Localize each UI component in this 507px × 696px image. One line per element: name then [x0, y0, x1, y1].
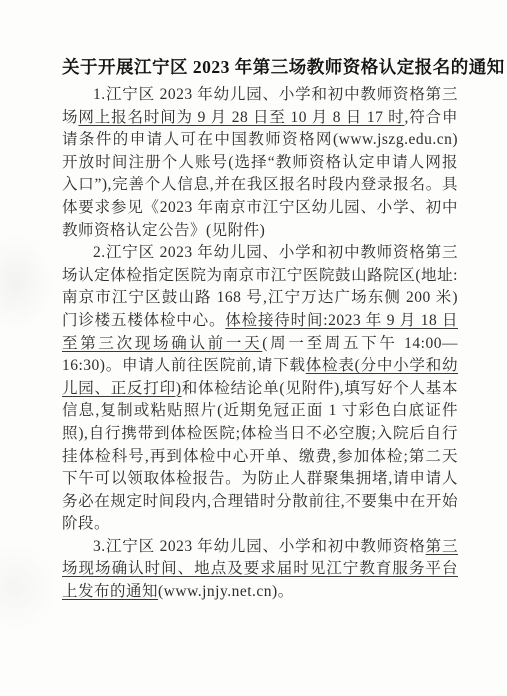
page-title: 关于开展江宁区 2023 年第三场教师资格认定报名的通知 [62, 54, 458, 79]
text-segment: ,符合申请条件的申请人可在中国教师资格网(www.jszg.edu.cn)开放时… [62, 109, 458, 239]
paragraph: 3.江宁区 2023 年幼儿园、小学和初中教师资格第三场现场确认时间、地点及要求… [62, 536, 458, 604]
paragraph: 1.江宁区 2023 年幼儿园、小学和初中教师资格第三场网上报名时间为 9 月 … [62, 84, 458, 242]
scan-smudge [0, 545, 57, 630]
text-segment: (www.jnjy.net.cn)。 [158, 583, 294, 600]
paragraph: 2.江宁区 2023 年幼儿园、小学和初中教师资格第三场认定体检指定医院为南京市… [62, 242, 458, 536]
scan-smudge [0, 235, 53, 330]
text-segment: 和体检结论单(见附件),填写好个人基本信息,复制或粘贴照片(近期免冠正面 1 寸… [62, 380, 458, 533]
text-segment: 3.江宁区 2023 年幼儿园、小学和初中教师资格 [93, 538, 426, 555]
scanned-notice-page: 关于开展江宁区 2023 年第三场教师资格认定报名的通知 1.江宁区 2023 … [0, 0, 507, 696]
document-body: 1.江宁区 2023 年幼儿园、小学和初中教师资格第三场网上报名时间为 9 月 … [62, 84, 458, 604]
underlined-text-segment: 网上报名时间为 9 月 28 日至 10 月 8 日 17 时 [78, 109, 404, 126]
